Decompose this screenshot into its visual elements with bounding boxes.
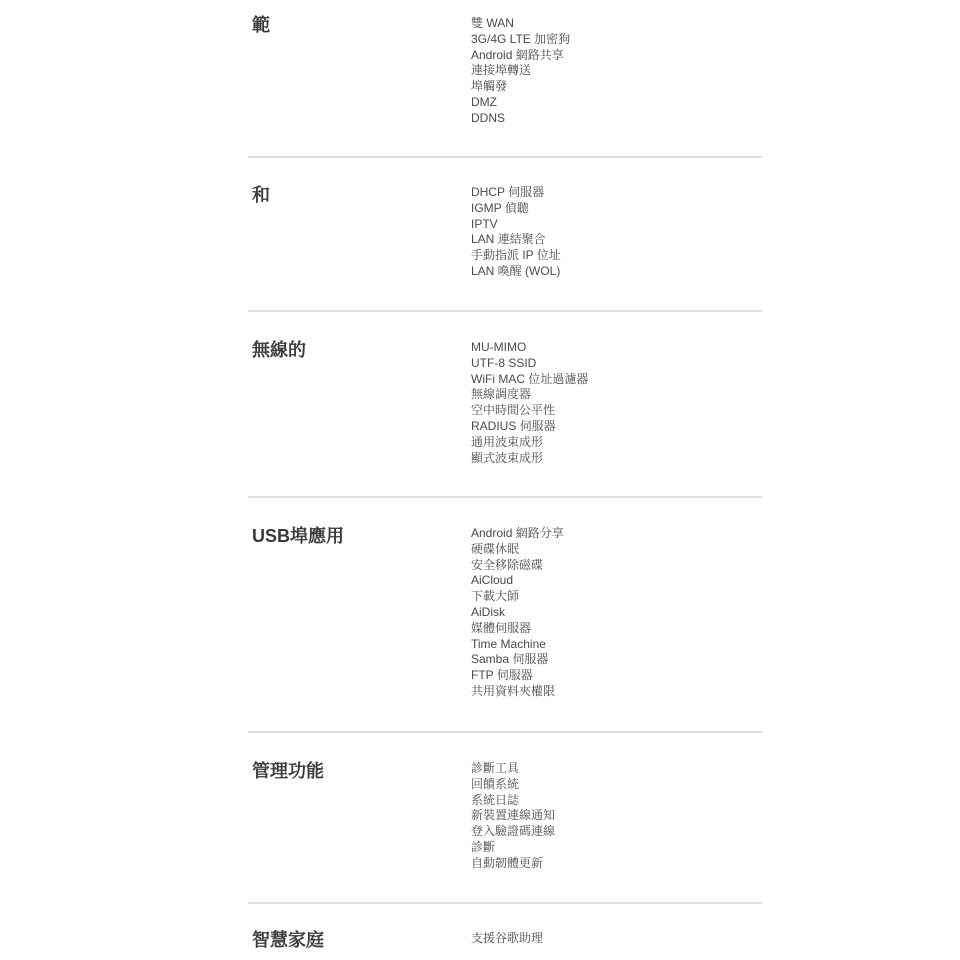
list-item: 共用資料夾權限	[471, 684, 564, 700]
list-item: IGMP 偵聽	[471, 201, 561, 217]
list-item: 通用波束成形	[471, 435, 588, 451]
list-item: 安全移除磁碟	[471, 558, 564, 574]
list-item: RADIUS 伺服器	[471, 419, 588, 435]
list-item: Android 網路分享	[471, 526, 564, 542]
list-item: AiCloud	[471, 573, 564, 589]
list-item: 支援谷歌助理	[471, 931, 543, 947]
list-item: WiFi MAC 位址過濾器	[471, 372, 588, 388]
list-item: 手動指派 IP 位址	[471, 248, 561, 264]
list-item: 系統日誌	[471, 793, 555, 809]
section-items: 支援谷歌助理	[471, 931, 543, 947]
divider	[248, 496, 762, 498]
list-item: AiDisk	[471, 605, 564, 621]
list-item: 診斷工具	[471, 761, 555, 777]
divider	[248, 731, 762, 733]
section-title: 智慧家庭	[252, 929, 324, 951]
list-item: 無線調度器	[471, 387, 588, 403]
list-item: 新裝置連線通知	[471, 808, 555, 824]
list-item: Samba 伺服器	[471, 652, 564, 668]
section-title: 和	[252, 184, 270, 206]
divider	[248, 902, 762, 904]
divider	[248, 310, 762, 312]
section-items: 雙 WAN 3G/4G LTE 加密狗 Android 網路共享 連接埠轉送 埠…	[471, 16, 570, 127]
list-item: 埠觸發	[471, 79, 570, 95]
section-items: MU-MIMO UTF-8 SSID WiFi MAC 位址過濾器 無線調度器 …	[471, 340, 588, 466]
list-item: LAN 喚醒 (WOL)	[471, 264, 561, 280]
list-item: 硬碟休眠	[471, 542, 564, 558]
list-item: 3G/4G LTE 加密狗	[471, 32, 570, 48]
section-title: 無線的	[252, 339, 306, 361]
list-item: 雙 WAN	[471, 16, 570, 32]
list-item: LAN 連結聚合	[471, 232, 561, 248]
list-item: 回饋系統	[471, 777, 555, 793]
list-item: 媒體伺服器	[471, 621, 564, 637]
list-item: UTF-8 SSID	[471, 356, 588, 372]
list-item: Android 網路共享	[471, 48, 570, 64]
list-item: 空中時間公平性	[471, 403, 588, 419]
list-item: 自動韌體更新	[471, 856, 555, 872]
section-title: USB埠應用	[252, 525, 344, 547]
section-title: 範	[252, 14, 270, 36]
list-item: 診斷	[471, 840, 555, 856]
list-item: IPTV	[471, 217, 561, 233]
divider	[248, 156, 762, 158]
list-item: DMZ	[471, 95, 570, 111]
list-item: DHCP 伺服器	[471, 185, 561, 201]
list-item: 顯式波束成形	[471, 451, 588, 467]
list-item: DDNS	[471, 111, 570, 127]
section-items: DHCP 伺服器 IGMP 偵聽 IPTV LAN 連結聚合 手動指派 IP 位…	[471, 185, 561, 280]
list-item: 登入驗證碼連線	[471, 824, 555, 840]
section-items: 診斷工具 回饋系統 系統日誌 新裝置連線通知 登入驗證碼連線 診斷 自動韌體更新	[471, 761, 555, 872]
list-item: MU-MIMO	[471, 340, 588, 356]
section-title: 管理功能	[252, 760, 324, 782]
section-items: Android 網路分享 硬碟休眠 安全移除磁碟 AiCloud 下載大師 Ai…	[471, 526, 564, 700]
list-item: 下載大師	[471, 589, 564, 605]
list-item: FTP 伺服器	[471, 668, 564, 684]
list-item: 連接埠轉送	[471, 63, 570, 79]
list-item: Time Machine	[471, 637, 564, 653]
